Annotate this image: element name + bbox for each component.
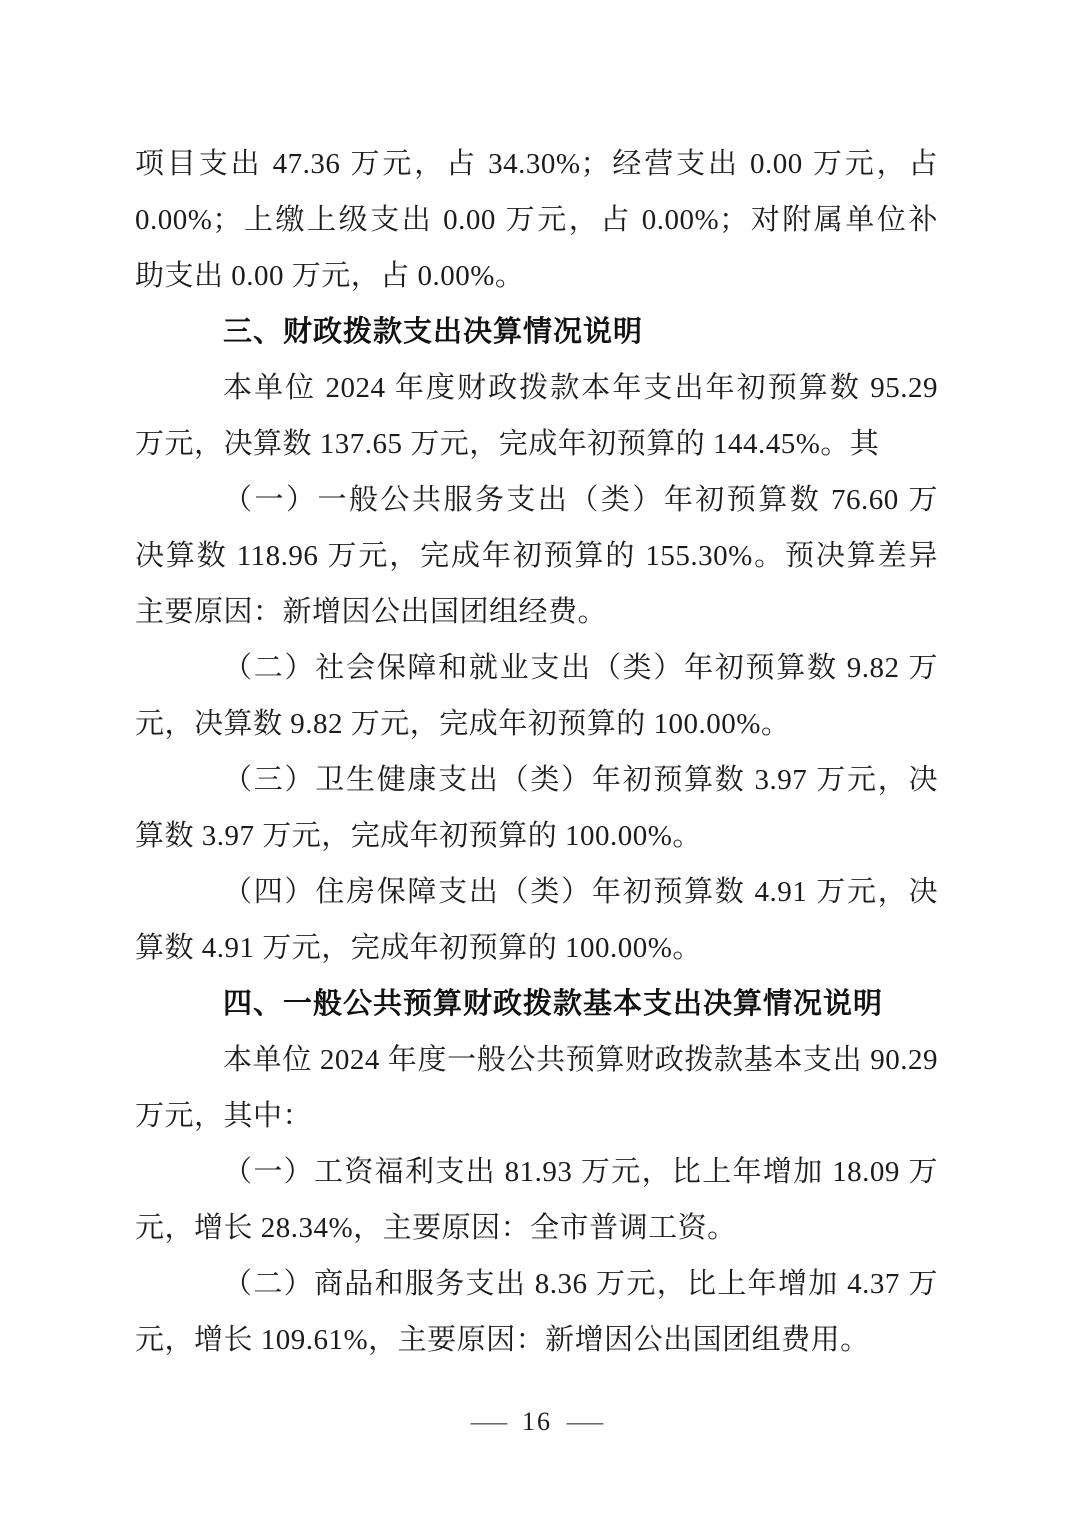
text-line: 本单位 2024 年度一般公共预算财政拨款基本支出 90.29 (135, 1032, 938, 1088)
text-line: 算数 4.91 万元，完成年初预算的 100.00%。 (135, 920, 938, 976)
text-line: 元，决算数 9.82 万元，完成年初预算的 100.00%。 (135, 696, 938, 752)
text-line: 元，增长 28.34%，主要原因：全市普调工资。 (135, 1200, 938, 1256)
page-footer: — 16 — (0, 1400, 1074, 1444)
text-line: 助支出 0.00 万元，占 0.00%。 (135, 248, 938, 304)
text-line: （一）工资福利支出 81.93 万元，比上年增加 18.09 万 (135, 1144, 938, 1200)
text-line: （一）一般公共服务支出（类）年初预算数 76.60 万元， (135, 472, 938, 528)
text-line: 万元，其中： (135, 1088, 938, 1144)
section-heading: 三、财政拨款支出决算情况说明 (135, 304, 938, 360)
text-line: （三）卫生健康支出（类）年初预算数 3.97 万元，决 (135, 752, 938, 808)
text-line: 决算数 118.96 万元，完成年初预算的 155.30%。预决算差异 (135, 528, 938, 584)
text-line: 算数 3.97 万元，完成年初预算的 100.00%。 (135, 808, 938, 864)
text-line: 万元，决算数 137.65 万元，完成年初预算的 144.45%。其中： (135, 416, 938, 472)
text-line: 元，增长 109.61%，主要原因：新增因公出国团组费用。 (135, 1312, 938, 1368)
text-line: 本单位 2024 年度财政拨款本年支出年初预算数 95.29 (135, 360, 938, 416)
text-line: 主要原因：新增因公出国团组经费。 (135, 584, 938, 640)
footer-dash-right: — (567, 1400, 603, 1444)
footer-dash-left: — (471, 1400, 507, 1444)
document-body: 项目支出 47.36 万元，占 34.30%；经营支出 0.00 万元，占0.0… (135, 136, 938, 1368)
text-line: 0.00%；上缴上级支出 0.00 万元，占 0.00%；对附属单位补 (135, 192, 938, 248)
page-number: 16 (522, 1400, 552, 1444)
section-heading: 四、一般公共预算财政拨款基本支出决算情况说明 (135, 976, 938, 1032)
document-page: 项目支出 47.36 万元，占 34.30%；经营支出 0.00 万元，占0.0… (0, 0, 1074, 1520)
text-line: 项目支出 47.36 万元，占 34.30%；经营支出 0.00 万元，占 (135, 136, 938, 192)
text-line: （二）商品和服务支出 8.36 万元，比上年增加 4.37 万 (135, 1256, 938, 1312)
text-line: （四）住房保障支出（类）年初预算数 4.91 万元，决 (135, 864, 938, 920)
text-line: （二）社会保障和就业支出（类）年初预算数 9.82 万 (135, 640, 938, 696)
